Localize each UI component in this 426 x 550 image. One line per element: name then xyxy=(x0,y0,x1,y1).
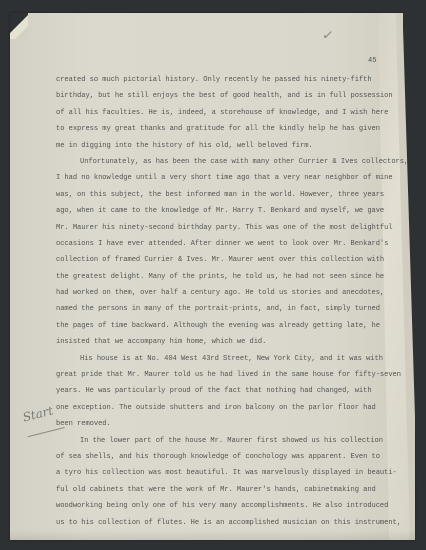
text-line: Unfortunately, as has been the case with… xyxy=(56,154,396,170)
text-line: the greatest delight. Many of the prints… xyxy=(56,269,396,285)
text-line: of sea shells, and his thorough knowledg… xyxy=(56,449,396,465)
text-line: insisted that we accompany him home, whi… xyxy=(56,334,396,350)
check-mark-icon: ✓ xyxy=(321,27,337,45)
folded-corner-left xyxy=(10,13,28,39)
text-line: Mr. Maurer his ninety-second birthday pa… xyxy=(56,220,396,236)
typewritten-body: created so much pictorial history. Only … xyxy=(56,72,396,531)
text-line: the pages of time backward. Although the… xyxy=(56,318,396,334)
text-line: a tyro his collection was most beautiful… xyxy=(56,465,396,481)
text-line: one exception. The outside shutters and … xyxy=(56,400,396,416)
text-line: years. He was particularly proud of the … xyxy=(56,383,396,399)
text-line: of all his faculties. He is, indeed, a s… xyxy=(56,105,396,121)
page-shadow xyxy=(10,530,415,540)
text-line: occasions I have ever attended. After di… xyxy=(56,236,396,252)
text-line: us to his collection of flutes. He is an… xyxy=(56,515,396,531)
page-number: 45 xyxy=(368,57,376,65)
text-line: In the lower part of the house Mr. Maure… xyxy=(56,433,396,449)
text-line: been removed. xyxy=(56,416,396,432)
text-line: ago, when it came to the knowledge of Mr… xyxy=(56,203,396,219)
text-line: created so much pictorial history. Only … xyxy=(56,72,396,88)
text-line: birthday, but he still enjoys the best o… xyxy=(56,88,396,104)
text-line: to express my great thanks and gratitude… xyxy=(56,121,396,137)
text-line: woodworking being only one of his very m… xyxy=(56,498,396,514)
text-line: me in digging into the history of his ol… xyxy=(56,138,396,154)
text-line: His house is at No. 404 West 43rd Street… xyxy=(56,351,396,367)
text-line: was, on this subject, the best informed … xyxy=(56,187,396,203)
text-line: named the persons in many of the portrai… xyxy=(56,301,396,317)
text-line: had worked on them, over half a century … xyxy=(56,285,396,301)
text-line: ful old cabinets that were the work of M… xyxy=(56,482,396,498)
text-line: collection of framed Currier & Ives. Mr.… xyxy=(56,252,396,268)
text-line: great pride that Mr. Maurer told us he h… xyxy=(56,367,396,383)
text-line: I had no knowledge until a very short ti… xyxy=(56,170,396,186)
